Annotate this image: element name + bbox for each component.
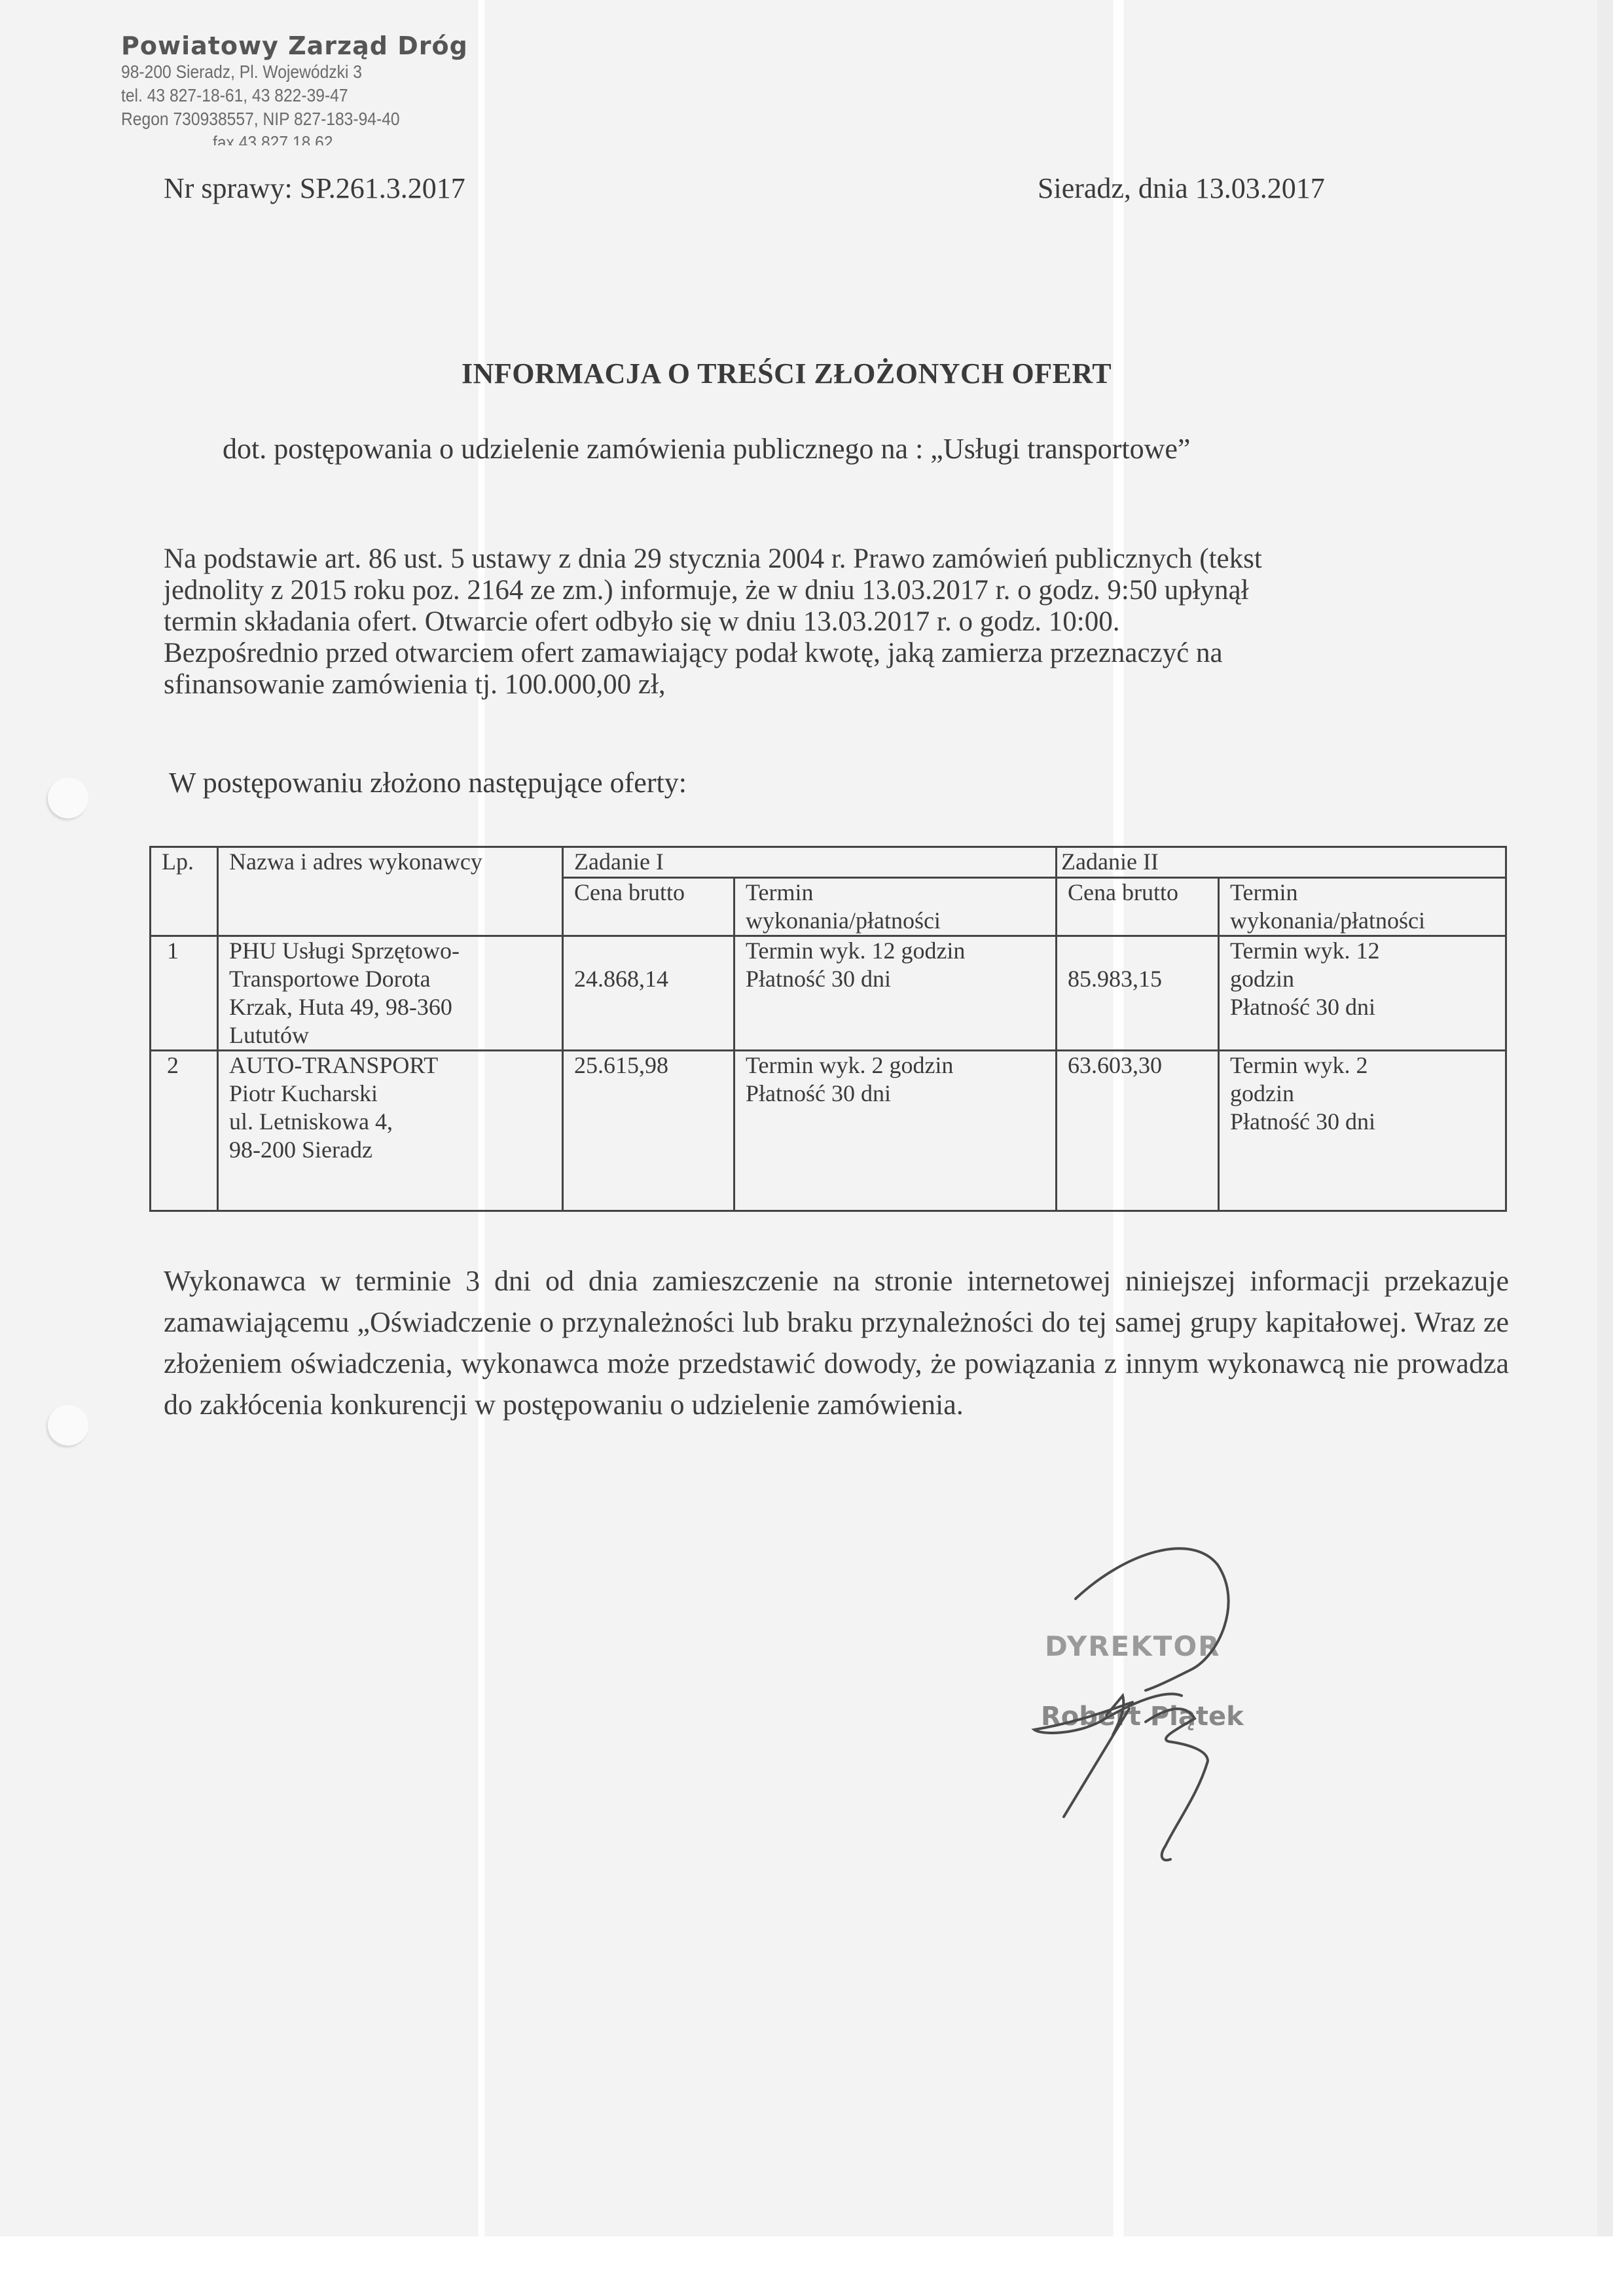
header-task-2-terms: Termin wykonania/płatności <box>1219 878 1506 936</box>
row-task-2-price: 85.983,15 <box>1057 936 1219 1051</box>
table-row: 1 PHU Usługi Sprzętowo- Transportowe Dor… <box>151 936 1506 1051</box>
contractor-line: AUTO-TRANSPORT <box>229 1051 551 1080</box>
header-contractor: Nazwa i adres wykonawcy <box>218 847 563 936</box>
intro-paragraph: Na podstawie art. 86 ust. 5 ustawy z dni… <box>164 543 1506 701</box>
organization-address: 98-200 Sieradz, Pl. Wojewódzki 3 <box>121 60 426 84</box>
header-task-2: Zadanie II <box>1057 847 1506 878</box>
terms-line: Termin wyk. 2 godzin <box>746 1051 1045 1080</box>
contractor-line: 98-200 Sieradz <box>229 1136 551 1164</box>
signature-icon <box>982 1539 1309 1879</box>
header-terms-line: Termin <box>746 879 1045 907</box>
organization-fax: fax 43 827 18 62 <box>213 131 437 145</box>
header-task-1-terms: Termin wykonania/płatności <box>734 878 1057 936</box>
intro-line: Bezpośrednio przed otwarciem ofert zamaw… <box>164 638 1506 669</box>
contractor-line: Lututów <box>229 1021 551 1049</box>
row-lp: 2 <box>151 1051 218 1211</box>
intro-line: Na podstawie art. 86 ust. 5 ustawy z dni… <box>164 543 1506 575</box>
row-task-1-terms: Termin wyk. 2 godzin Płatność 30 dni <box>734 1051 1057 1211</box>
offers-intro: W postępowaniu złożono następujące ofert… <box>169 766 687 799</box>
terms-line: Termin wyk. 2 <box>1230 1051 1495 1080</box>
organization-phone: tel. 43 827-18-61, 43 822-39-47 <box>121 84 426 107</box>
closing-paragraph: Wykonawca w terminie 3 dni od dnia zamie… <box>164 1260 1509 1425</box>
intro-line: sfinansowanie zamówienia tj. 100.000,00 … <box>164 669 1506 701</box>
letterhead-stamp: Powiatowy Zarząd Dróg 98-200 Sieradz, Pl… <box>121 31 468 145</box>
table-row: 2 AUTO-TRANSPORT Piotr Kucharski ul. Let… <box>151 1051 1506 1211</box>
terms-line: godzin <box>1230 965 1495 993</box>
terms-line: Płatność 30 dni <box>1230 1108 1495 1136</box>
header-terms-line: Termin <box>1230 879 1495 907</box>
intro-line: termin składania ofert. Otwarcie ofert o… <box>164 606 1506 638</box>
contractor-line: Transportowe Dorota <box>229 965 551 993</box>
header-terms-line: wykonania/płatności <box>1230 907 1495 935</box>
contractor-line: ul. Letniskowa 4, <box>229 1108 551 1136</box>
header-task-1-price: Cena brutto <box>563 878 734 936</box>
scan-edge <box>1597 0 1613 2236</box>
case-number: Nr sprawy: SP.261.3.2017 <box>164 172 465 205</box>
terms-line: godzin <box>1230 1080 1495 1108</box>
header-task-1: Zadanie I <box>563 847 1057 878</box>
place-date: Sieradz, dnia 13.03.2017 <box>1038 172 1325 205</box>
row-contractor: PHU Usługi Sprzętowo- Transportowe Dorot… <box>218 936 563 1051</box>
organization-name: Powiatowy Zarząd Dróg <box>121 31 468 60</box>
terms-line: Płatność 30 dni <box>746 1080 1045 1108</box>
header-lp: Lp. <box>151 847 218 936</box>
contractor-line: Krzak, Huta 49, 98-360 <box>229 993 551 1021</box>
row-contractor: AUTO-TRANSPORT Piotr Kucharski ul. Letni… <box>218 1051 563 1211</box>
row-task-1-terms: Termin wyk. 12 godzin Płatność 30 dni <box>734 936 1057 1051</box>
row-task-2-price: 63.603,30 <box>1057 1051 1219 1211</box>
terms-line: Płatność 30 dni <box>1230 993 1495 1021</box>
header-terms-line: wykonania/płatności <box>746 907 1045 935</box>
table-header-row: Lp. Nazwa i adres wykonawcy Zadanie I Za… <box>151 847 1506 878</box>
document-subject: dot. postępowania o udzielenie zamówieni… <box>223 432 1190 465</box>
organization-ids: Regon 730938557, NIP 827-183-94-40 <box>121 107 426 131</box>
punch-hole <box>48 1405 88 1446</box>
terms-line: Termin wyk. 12 <box>1230 937 1495 965</box>
terms-line: Termin wyk. 12 godzin <box>746 937 1045 965</box>
row-task-1-price: 24.868,14 <box>563 936 734 1051</box>
intro-line: jednolity z 2015 roku poz. 2164 ze zm.) … <box>164 575 1506 606</box>
row-task-2-terms: Termin wyk. 12 godzin Płatność 30 dni <box>1219 936 1506 1051</box>
row-task-2-terms: Termin wyk. 2 godzin Płatność 30 dni <box>1219 1051 1506 1211</box>
row-task-1-price: 25.615,98 <box>563 1051 734 1211</box>
terms-line: Płatność 30 dni <box>746 965 1045 993</box>
contractor-line: Piotr Kucharski <box>229 1080 551 1108</box>
punch-hole <box>48 778 88 818</box>
offers-table: Lp. Nazwa i adres wykonawcy Zadanie I Za… <box>149 846 1507 1212</box>
contractor-line: PHU Usługi Sprzętowo- <box>229 937 551 965</box>
header-task-2-price: Cena brutto <box>1057 878 1219 936</box>
document-title: INFORMACJA O TREŚCI ZŁOŻONYCH OFERT <box>462 357 1112 390</box>
row-lp: 1 <box>151 936 218 1051</box>
